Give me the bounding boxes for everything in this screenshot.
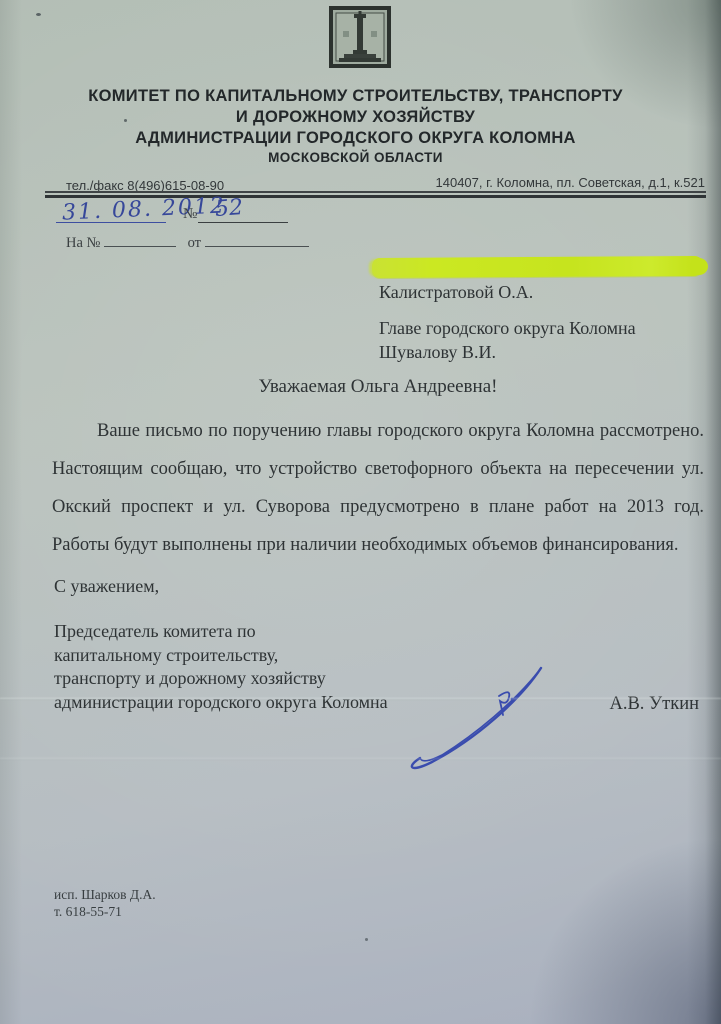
- executor-block: исп. Шарков Д.А. т. 618-55-71: [54, 886, 156, 920]
- recipient-address-block: Главе городского округа Коломна Шувалову…: [379, 317, 636, 364]
- date-underline: [56, 222, 166, 223]
- handwritten-number: 52: [214, 195, 244, 222]
- paper-speck: [365, 938, 368, 941]
- recipient-line2: Шувалову В.И.: [379, 341, 636, 365]
- recipient-name: Калистратовой О.А.: [379, 282, 533, 303]
- recipient-line1: Главе городского округа Коломна: [379, 317, 636, 341]
- letter-body: Ваше письмо по поручению главы городског…: [52, 412, 704, 564]
- signer-name: А.В. Уткин: [609, 694, 699, 715]
- org-region-line: МОСКОВСКОЙ ОБЛАСТИ: [0, 149, 711, 166]
- signature-icon: [398, 662, 648, 774]
- reply-date-blank: [205, 233, 309, 247]
- kolomna-emblem-icon: [329, 6, 391, 69]
- scanned-letter-page: КОМИТЕТ ПО КАПИТАЛЬНОМУ СТРОИТЕЛЬСТВУ, Т…: [0, 0, 721, 1024]
- reply-reference-row: На № от: [66, 233, 309, 252]
- position-line1: Председатель комитета по: [54, 620, 388, 644]
- salutation: Уважаемая Ольга Андреевна!: [52, 376, 704, 398]
- letterhead: КОМИТЕТ ПО КАПИТАЛЬНОМУ СТРОИТЕЛЬСТВУ, Т…: [0, 86, 711, 166]
- number-label: №: [183, 206, 197, 223]
- org-name-line1: КОМИТЕТ ПО КАПИТАЛЬНОМУ СТРОИТЕЛЬСТВУ, Т…: [0, 86, 711, 107]
- paper-speck: [124, 119, 127, 122]
- reply-from-label: от: [188, 235, 201, 251]
- reply-label: На №: [66, 235, 100, 251]
- position-line4: администрации городского округа Коломна: [54, 691, 388, 715]
- body-line: Настоящим сообщаю, что устройство светоф…: [52, 450, 704, 488]
- position-line2: капитальному строительству,: [54, 644, 388, 668]
- number-underline: [198, 222, 288, 223]
- body-line: Работы будут выполнены при наличии необх…: [52, 526, 704, 564]
- executor-phone: т. 618-55-71: [54, 903, 156, 920]
- paper-speck: [36, 13, 41, 16]
- divider-thin-line: [45, 191, 706, 193]
- executor-name: исп. Шарков Д.А.: [54, 886, 156, 903]
- handwritten-date: 31. 08. 2012: [62, 193, 227, 225]
- org-name-line2: И ДОРОЖНОМУ ХОЗЯЙСТВУ: [0, 107, 711, 128]
- body-line: Ваше письмо по поручению главы городског…: [52, 412, 704, 450]
- signer-position-block: Председатель комитета по капитальному ст…: [54, 620, 388, 714]
- body-line: Окский проспект и ул. Суворова предусмот…: [52, 488, 704, 526]
- closing-regards: С уважением,: [54, 576, 159, 597]
- org-name-line3: АДМИНИСТРАЦИИ ГОРОДСКОГО ОКРУГА КОЛОМНА: [0, 128, 711, 149]
- highlighter-redaction-bar: [372, 256, 704, 278]
- position-line3: транспорту и дорожному хозяйству: [54, 667, 388, 691]
- reply-number-blank: [104, 233, 176, 247]
